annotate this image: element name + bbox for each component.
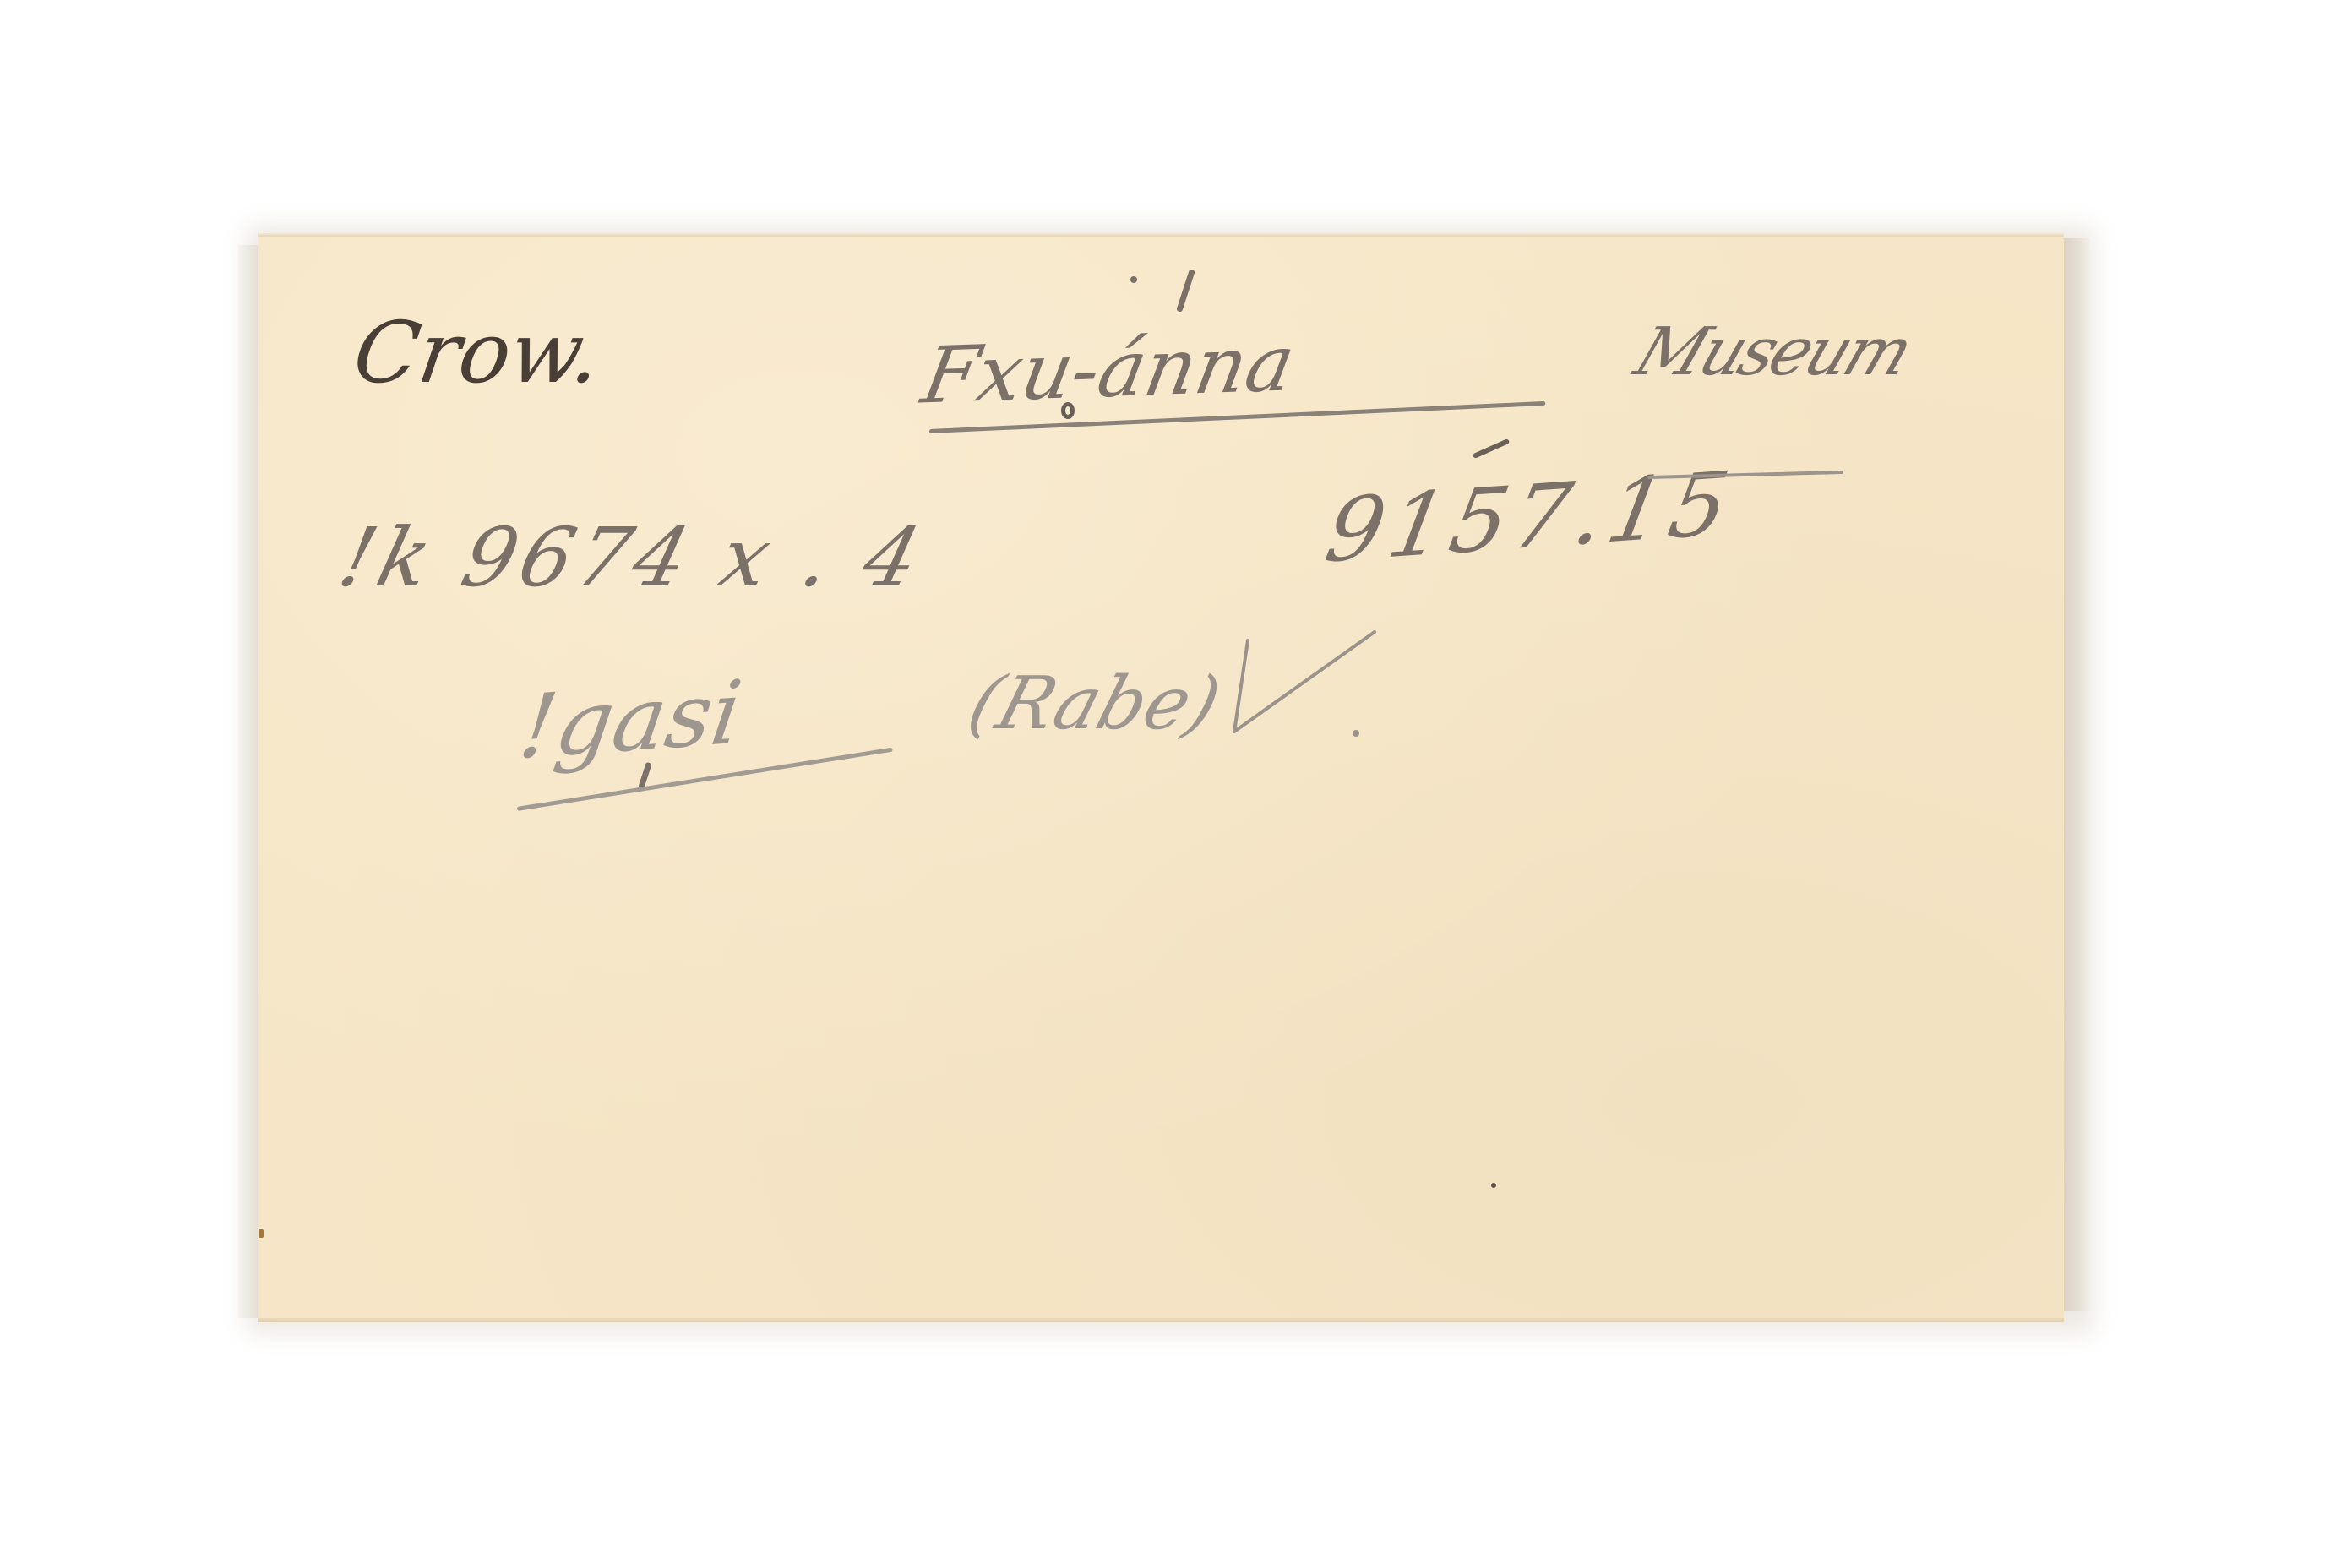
card-edge-left <box>238 245 259 1318</box>
catalog-number: !k 9674 x . 4 <box>332 517 933 598</box>
ink-speck <box>1491 1183 1496 1188</box>
english-name: Crow. <box>349 311 606 395</box>
source-label: Museum <box>1627 319 1919 385</box>
native-name: Fxu-ánna <box>917 324 1300 415</box>
card-edge-right <box>2061 238 2090 1311</box>
check-mark-icon <box>1229 627 1381 745</box>
alternate-term: !gasi <box>514 668 747 771</box>
gloss: (Rabe) <box>961 667 1228 740</box>
edge-stain <box>259 1229 264 1238</box>
diacritic-ring <box>1061 402 1075 419</box>
diacritic-dot <box>1130 276 1137 283</box>
